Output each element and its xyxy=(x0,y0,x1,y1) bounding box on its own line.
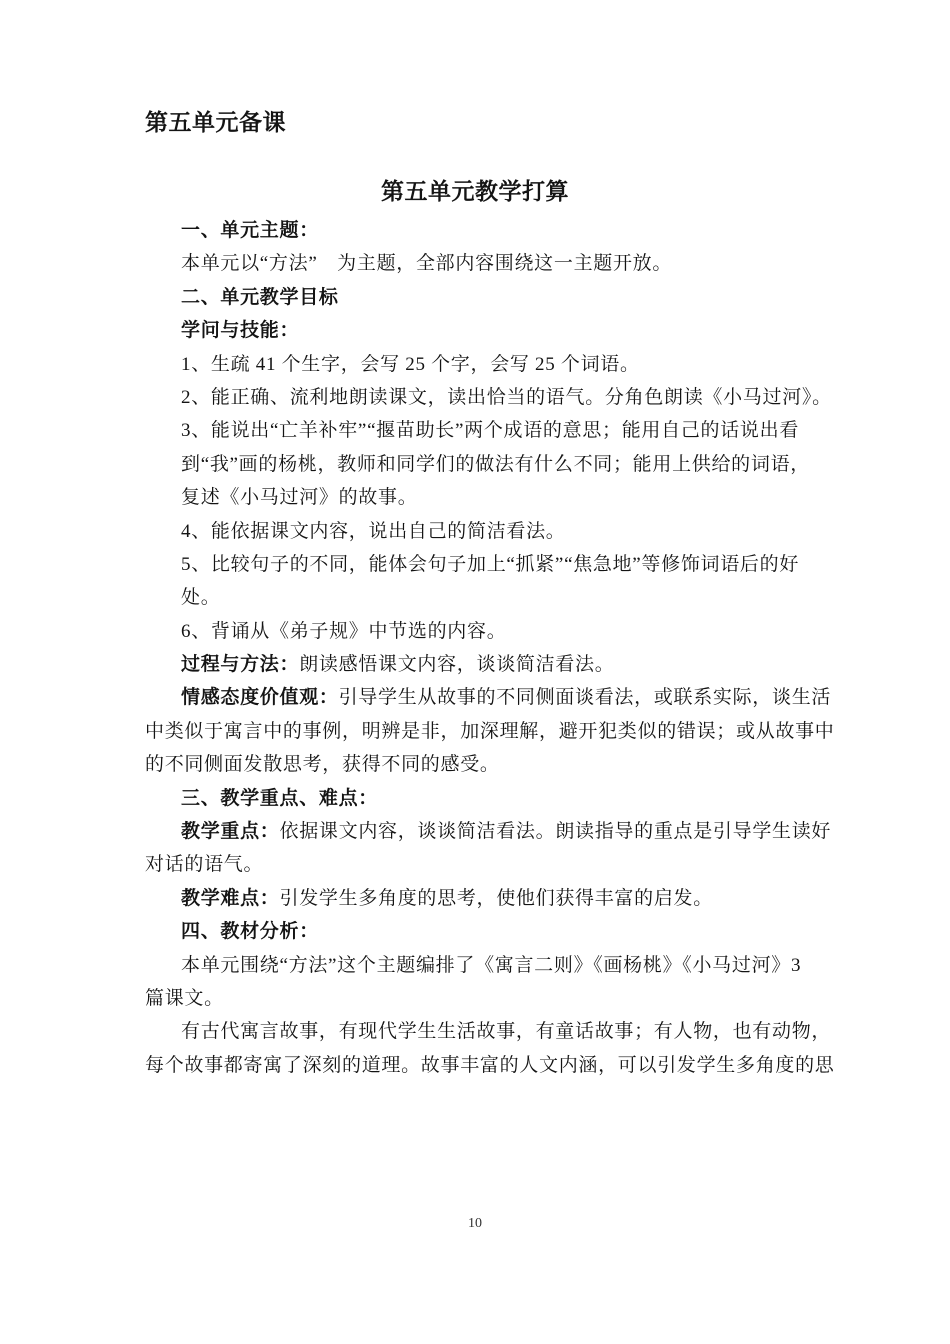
line-text: 中类似于寓言中的事例，明辨是非，加深理解，避开犯类似的错误；或从故事中 xyxy=(145,721,835,742)
text-line: 有古代寓言故事，有现代学生生活故事，有童话故事；有人物，也有动物， xyxy=(0,1015,950,1048)
line-text: 3、能说出“亡羊补牢”“揠苗助长”两个成语的意思；能用自己的话说出看 xyxy=(181,420,799,441)
text-line: 教学难点：引发学生多角度的思考，使他们获得丰富的启发。 xyxy=(0,882,950,915)
text-line: 四、教材分析： xyxy=(0,915,950,948)
text-line: 本单元围绕“方法”这个主题编排了《寓言二则》《画杨桃》《小马过河》3 xyxy=(0,949,950,982)
document-body: 一、单元主题：本单元以“方法” 为主题，全部内容围绕这一主题开放。二、单元教学目… xyxy=(0,214,950,1082)
line-text: 2、能正确、流利地朗读课文，读出恰当的语气。分角色朗读《小马过河》。 xyxy=(181,387,832,408)
text-line: 学问与技能： xyxy=(0,314,950,347)
text-line: 5、比较句子的不同，能体会句子加上“抓紧”“焦急地”等修饰词语后的好 xyxy=(0,548,950,581)
bold-label: 教学重点： xyxy=(181,821,280,842)
bold-label: 四、教材分析： xyxy=(181,921,319,942)
line-text: 引发学生多角度的思考，使他们获得丰富的启发。 xyxy=(280,888,713,909)
text-line: 每个故事都寄寓了深刻的道理。故事丰富的人文内涵，可以引发学生多角度的思 xyxy=(0,1049,950,1082)
bold-label: 教学难点： xyxy=(181,888,280,909)
bold-label: 过程与方法： xyxy=(181,654,299,675)
text-line: 篇课文。 xyxy=(0,982,950,1015)
bold-label: 二、单元教学目标 xyxy=(181,287,339,308)
line-text: 的不同侧面发散思考，获得不同的感受。 xyxy=(145,754,500,775)
text-line: 2、能正确、流利地朗读课文，读出恰当的语气。分角色朗读《小马过河》。 xyxy=(0,381,950,414)
line-text: 4、能依据课文内容，说出自己的简洁看法。 xyxy=(181,521,566,542)
text-line: 本单元以“方法” 为主题，全部内容围绕这一主题开放。 xyxy=(0,247,950,280)
text-line: 处。 xyxy=(0,581,950,614)
text-line: 1、生疏 41 个生字，会写 25 个字，会写 25 个词语。 xyxy=(0,348,950,381)
line-text: 对话的语气。 xyxy=(145,854,263,875)
line-text: 到“我”画的杨桃，教师和同学们的做法有什么不同；能用上供给的词语， xyxy=(181,454,810,475)
text-line: 过程与方法：朗读感悟课文内容，谈谈简洁看法。 xyxy=(0,648,950,681)
line-text: 朗读感悟课文内容，谈谈简洁看法。 xyxy=(299,654,614,675)
text-line: 的不同侧面发散思考，获得不同的感受。 xyxy=(0,748,950,781)
line-text: 每个故事都寄寓了深刻的道理。故事丰富的人文内涵，可以引发学生多角度的思 xyxy=(145,1055,835,1076)
line-text: 6、背诵从《弟子规》中节选的内容。 xyxy=(181,621,506,642)
section-heading: 第五单元教学打算 xyxy=(0,177,950,207)
text-line: 中类似于寓言中的事例，明辨是非，加深理解，避开犯类似的错误；或从故事中 xyxy=(0,715,950,748)
document-page: 第五单元备课 第五单元教学打算 一、单元主题：本单元以“方法” 为主题，全部内容… xyxy=(0,0,950,1344)
text-line: 4、能依据课文内容，说出自己的简洁看法。 xyxy=(0,515,950,548)
text-line: 二、单元教学目标 xyxy=(0,281,950,314)
text-line: 教学重点：依据课文内容，谈谈简洁看法。朗读指导的重点是引导学生读好 xyxy=(0,815,950,848)
text-line: 3、能说出“亡羊补牢”“揠苗助长”两个成语的意思；能用自己的话说出看 xyxy=(0,414,950,447)
text-line: 复述《小马过河》的故事。 xyxy=(0,481,950,514)
text-line: 6、背诵从《弟子规》中节选的内容。 xyxy=(0,615,950,648)
page-number: 10 xyxy=(0,1215,950,1233)
line-text: 1、生疏 41 个生字，会写 25 个字，会写 25 个词语。 xyxy=(181,354,640,375)
text-line: 到“我”画的杨桃，教师和同学们的做法有什么不同；能用上供给的词语， xyxy=(0,448,950,481)
line-text: 本单元围绕“方法”这个主题编排了《寓言二则》《画杨桃》《小马过河》3 xyxy=(181,955,801,976)
bold-label: 一、单元主题： xyxy=(181,220,319,241)
bold-label: 学问与技能： xyxy=(181,320,299,341)
line-text: 引导学生从故事的不同侧面谈看法，或联系实际，谈生活 xyxy=(339,687,832,708)
text-line: 一、单元主题： xyxy=(0,214,950,247)
line-text: 处。 xyxy=(181,587,220,608)
text-line: 情感态度价值观：引导学生从故事的不同侧面谈看法，或联系实际，谈生活 xyxy=(0,681,950,714)
line-text: 本单元以“方法” 为主题，全部内容围绕这一主题开放。 xyxy=(181,253,672,274)
text-line: 对话的语气。 xyxy=(0,848,950,881)
line-text: 复述《小马过河》的故事。 xyxy=(181,487,417,508)
line-text: 5、比较句子的不同，能体会句子加上“抓紧”“焦急地”等修饰词语后的好 xyxy=(181,554,799,575)
text-line: 三、教学重点、难点： xyxy=(0,782,950,815)
line-text: 依据课文内容，谈谈简洁看法。朗读指导的重点是引导学生读好 xyxy=(280,821,832,842)
line-text: 篇课文。 xyxy=(145,988,224,1009)
document-title: 第五单元备课 xyxy=(145,108,286,138)
bold-label: 三、教学重点、难点： xyxy=(181,788,378,809)
bold-label: 情感态度价值观： xyxy=(181,687,339,708)
line-text: 有古代寓言故事，有现代学生生活故事，有童话故事；有人物，也有动物， xyxy=(181,1021,831,1042)
